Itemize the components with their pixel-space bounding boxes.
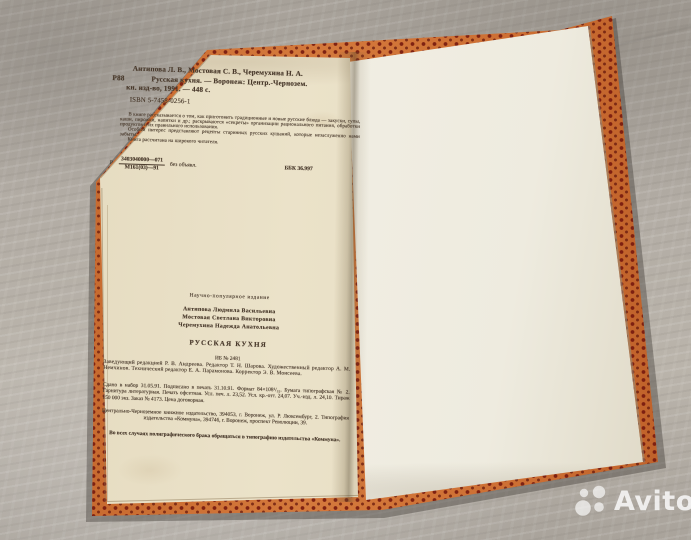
edition-block: Научно-популярное издание Антипова Людми… bbox=[104, 290, 354, 366]
imprint-print-info: Сдано в набор 31.05.91. Подписано в печа… bbox=[102, 382, 349, 409]
index-fraction: 3403040000—071 М161(03)—91 bbox=[119, 156, 165, 171]
edition-authors: Антипова Людмила Васильевна Мостовая Све… bbox=[105, 303, 354, 335]
index-prefix: Р bbox=[110, 160, 113, 166]
avito-dots-icon bbox=[574, 484, 610, 518]
catalog-card: Антипова Л. В., Мостовая С. В., Черемухи… bbox=[112, 64, 361, 113]
annotation-block: В книге рассказывается о том, как пригот… bbox=[119, 113, 360, 150]
imprint-publisher: Центрально-Черноземное книжное издательс… bbox=[102, 408, 349, 428]
index-suffix: без объявл. bbox=[170, 162, 197, 169]
index-denominator: М161(03)—91 bbox=[119, 164, 165, 172]
bbk-code: ББК 36.997 bbox=[284, 165, 312, 172]
index-spacer bbox=[197, 166, 285, 169]
book-title: РУССКАЯ КУХНЯ bbox=[104, 336, 352, 352]
photo-scene: Антипова Л. В., Мостовая С. В., Черемухи… bbox=[0, 0, 691, 540]
watermark-label: Avito bbox=[614, 486, 691, 517]
imprint-text-layer: Антипова Л. В., Мостовая С. В., Черемухи… bbox=[99, 62, 362, 500]
edition-kind: Научно-популярное издание bbox=[106, 290, 354, 304]
avito-watermark: Avito bbox=[574, 484, 691, 518]
imprint-defect-note: Во всех случаях полиграфического брака о… bbox=[101, 430, 348, 444]
catalog-index-row: Р 3403040000—071 М161(03)—91 без объявл.… bbox=[110, 156, 355, 178]
